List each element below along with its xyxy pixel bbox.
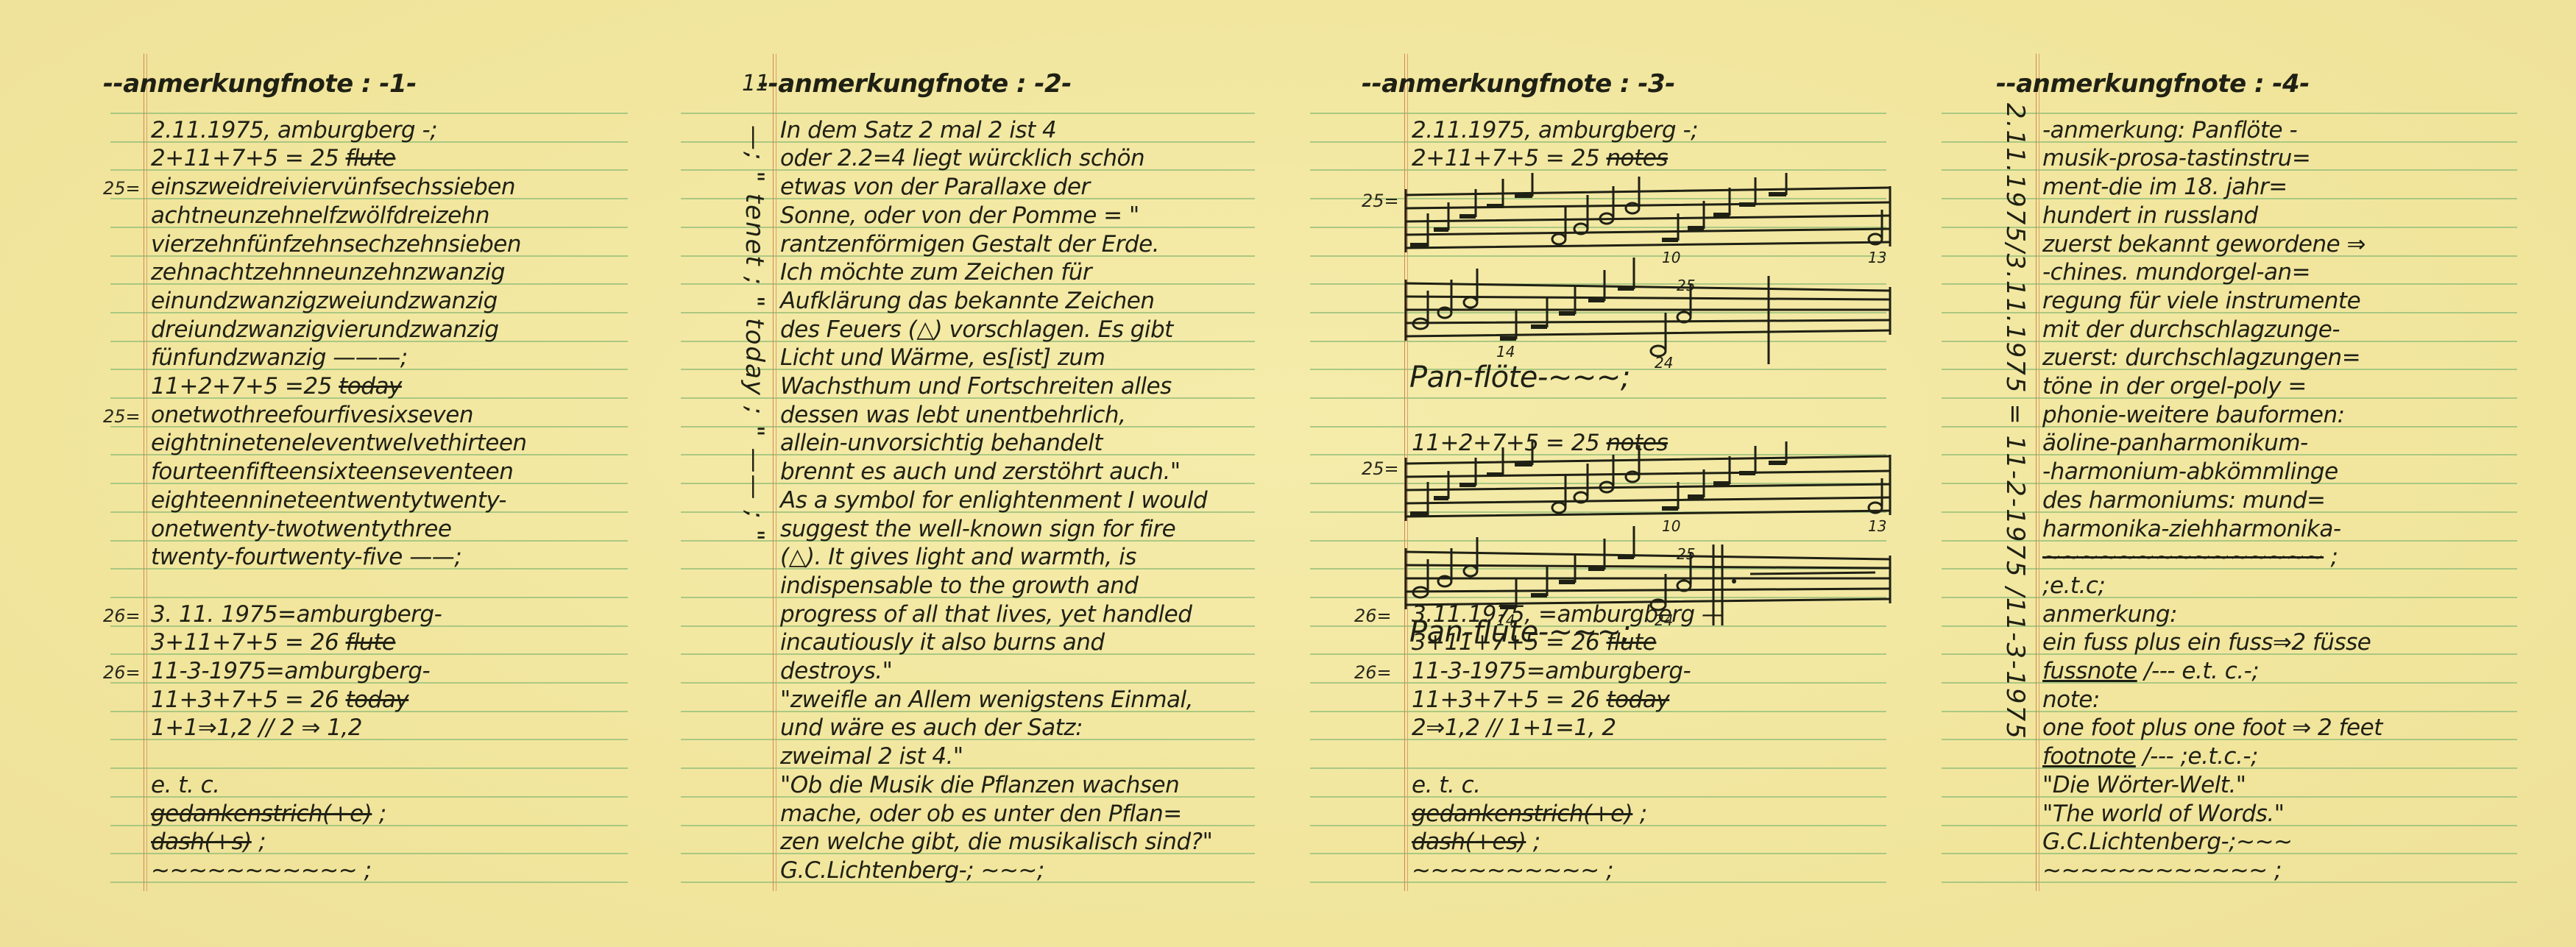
line-text: As a symbol for enlightenment I would bbox=[780, 487, 1207, 514]
handwritten-line: des Feuers (△) vorschlagen. Es gibt bbox=[780, 316, 1173, 344]
handwritten-line: indispensable to the growth and bbox=[780, 572, 1138, 600]
line-number-label: 25= bbox=[103, 174, 141, 203]
handwritten-line: destroys." bbox=[780, 657, 892, 686]
handwritten-line: Ich möchte zum Zeichen für bbox=[780, 258, 1091, 287]
handwritten-line: töne in der orgel-poly = bbox=[2042, 372, 2307, 401]
handwritten-line: e. t. c. bbox=[1412, 771, 1481, 800]
line-text: zen welche gibt, die musikalisch sind?" bbox=[780, 829, 1212, 855]
sheet-heading: --anmerkungfnote : -3- bbox=[1362, 70, 1675, 99]
handwritten-line: 11+3+7+5 = 26 today bbox=[151, 686, 408, 714]
handwritten-line: phonie-weitere bauformen: bbox=[2042, 401, 2345, 430]
line-tail: ; bbox=[1632, 801, 1646, 827]
vertical-date-annotation: 2.11.1975/3.11.1975 = 11-2-1975 /11-3-19… bbox=[2000, 103, 2030, 740]
sheet-heading: --anmerkungfnote : -2- bbox=[758, 70, 1072, 99]
line-text: Ich möchte zum Zeichen für bbox=[780, 259, 1091, 285]
handwritten-line: In dem Satz 2 mal 2 ist 4 bbox=[780, 116, 1056, 145]
struck-through-word: today bbox=[1607, 687, 1670, 713]
line-text: zuerst bekannt gewordene ⇒ bbox=[2042, 231, 2366, 258]
handwritten-line: Aufklärung das bekannte Zeichen bbox=[780, 287, 1155, 316]
handwritten-line: fussnote /--- e.t. c.-; bbox=[2042, 657, 2259, 686]
handwritten-line: oder 2.2=4 liegt würcklich schön bbox=[780, 144, 1144, 173]
struck-through-word: gedankenstrich(+e) bbox=[151, 801, 372, 827]
handwritten-line: suggest the well-known sign for fire bbox=[780, 515, 1175, 544]
handwritten-line: 2+11+7+5 = 25 notes bbox=[1412, 144, 1668, 173]
svg-text:14: 14 bbox=[1496, 343, 1515, 361]
line-text: e. t. c. bbox=[151, 772, 220, 798]
handwritten-line: etwas von der Parallaxe der bbox=[780, 173, 1090, 202]
line-text: Wachsthum und Fortschreiten alles bbox=[780, 373, 1172, 400]
line-text: (△). It gives light and warmth, is bbox=[780, 544, 1136, 570]
struck-through-word: dash(+es) bbox=[1412, 829, 1526, 855]
handwritten-line: hundert in russland bbox=[2042, 202, 2258, 230]
line-text: regung für viele instrumente bbox=[2042, 288, 2360, 314]
line-text: 2.11.1975, amburgberg -; bbox=[1412, 117, 1698, 143]
line-text: -anmerkung: Panflöte - bbox=[2042, 117, 2297, 143]
line-text: des Feuers (△) vorschlagen. Es gibt bbox=[780, 316, 1173, 343]
handwritten-line: vierzehnfünfzehnsechzehnsieben bbox=[151, 230, 521, 259]
line-text: ~~~~~~~~~~~~ ; bbox=[2042, 857, 2282, 884]
handwritten-line: gedankenstrich(+e) ; bbox=[1412, 800, 1647, 829]
line-text: onetwothreefourfivesixseven bbox=[151, 402, 473, 428]
line-text: mit der durchschlagzunge- bbox=[2042, 316, 2340, 343]
handwritten-line: 11-3-1975=amburgberg- bbox=[151, 657, 430, 686]
line-text: einundzwanzigzweiundzwanzig bbox=[151, 288, 498, 314]
line-text: G.C.Lichtenberg-;~~~ bbox=[2042, 829, 2293, 855]
handwritten-line: 2.11.1975, amburgberg -; bbox=[1412, 116, 1698, 145]
line-text: hundert in russland bbox=[2042, 202, 2258, 229]
handwritten-line: fourteenfifteensixteenseventeen bbox=[151, 458, 513, 486]
line-text: vierzehnfünfzehnsechzehnsieben bbox=[151, 231, 521, 258]
svg-text:25: 25 bbox=[1677, 277, 1695, 294]
handwritten-line: "Die Wörter-Welt." bbox=[2042, 771, 2246, 800]
line-text: e. t. c. bbox=[1412, 772, 1481, 798]
handwritten-line: G.C.Lichtenberg-;~~~ bbox=[2042, 828, 2293, 856]
line-text: anmerkung: bbox=[2042, 601, 2177, 628]
handwritten-line: -chines. mundorgel-an= bbox=[2042, 258, 2310, 287]
score-caption: Pan-flöte-~~~; bbox=[1409, 363, 1630, 392]
line-tail: /--- e.t. c.-; bbox=[2137, 658, 2260, 684]
line-text: fünfundzwanzig ———; bbox=[151, 344, 408, 371]
handwritten-line: fünfundzwanzig ———; bbox=[151, 344, 408, 372]
handwritten-line: ~~~~~~~~~~~~ ; bbox=[2042, 856, 2282, 885]
handwritten-line: (△). It gives light and warmth, is bbox=[780, 543, 1136, 572]
line-text: 11+3+7+5 = 26 bbox=[1412, 687, 1607, 713]
handwritten-line: 2+11+7+5 = 25 flute bbox=[151, 144, 395, 173]
line-text: 2⇒1,2 // 1+1=1, 2 bbox=[1412, 714, 1616, 741]
line-text: eightnineteneleventwelvethirteen bbox=[151, 430, 527, 456]
line-tail: ; bbox=[372, 801, 386, 827]
line-text: 11+3+7+5 = 26 bbox=[151, 687, 346, 713]
struck-through-word: notes bbox=[1607, 145, 1669, 171]
handwritten-line: one foot plus one foot ⇒ 2 feet bbox=[2042, 714, 2382, 742]
line-text: incautiously it also burns and bbox=[780, 629, 1105, 656]
handwritten-line: 11+3+7+5 = 26 today bbox=[1412, 686, 1669, 714]
line-text: fourteenfifteensixteenseventeen bbox=[151, 458, 513, 485]
handwritten-line: 3. 11. 1975=amburgberg- bbox=[151, 600, 442, 629]
handwritten-line: dash(+es) ; bbox=[1412, 828, 1540, 856]
handwritten-line: ein fuss plus ein fuss⇒2 füsse bbox=[2042, 628, 2371, 657]
handwritten-line: ~~~~~~~~~~~ ; bbox=[151, 856, 372, 885]
line-text: ~~~~~~~~~~ ; bbox=[1412, 857, 1613, 884]
handwritten-line: onetwenty-twotwentythree bbox=[151, 515, 451, 544]
line-text: indispensable to the growth and bbox=[780, 572, 1138, 599]
line-number-label: 25= bbox=[103, 402, 141, 431]
line-text: einszweidreiviervünfsechssieben bbox=[151, 174, 515, 200]
line-tail: ; bbox=[1526, 829, 1540, 855]
svg-text:24: 24 bbox=[1655, 611, 1673, 629]
handwritten-line: footnote /--- ;e.t.c.-; bbox=[2042, 742, 2258, 771]
svg-text:10: 10 bbox=[1662, 249, 1680, 266]
margin-line bbox=[144, 54, 147, 891]
handwritten-line: 2⇒1,2 // 1+1=1, 2 bbox=[1412, 714, 1616, 742]
line-text: harmonika-ziehharmonika- bbox=[2042, 516, 2341, 542]
line-text: "The world of Words." bbox=[2042, 801, 2285, 827]
handwritten-line: Wachsthum und Fortschreiten alles bbox=[780, 372, 1172, 401]
sheet-heading: --anmerkungfnote : -1- bbox=[103, 70, 417, 99]
line-text: 2.11.1975, amburgberg -; bbox=[151, 117, 437, 143]
handwritten-line: achtneunzehnelfzwölfdreizehn bbox=[151, 202, 489, 230]
handwritten-line: ;e.t.c; bbox=[2042, 572, 2105, 600]
struck-through-word: today bbox=[339, 373, 402, 400]
handwritten-line: twenty-fourtwenty-five ——; bbox=[151, 543, 461, 572]
line-text: 1+1⇒1,2 // 2 ⇒ 1,2 bbox=[151, 714, 362, 741]
handwritten-line: 11-3-1975=amburgberg- bbox=[1412, 657, 1691, 686]
handwritten-line: 1+1⇒1,2 // 2 ⇒ 1,2 bbox=[151, 714, 362, 742]
line-text: mache, oder ob es unter den Pflan= bbox=[780, 801, 1182, 827]
handwritten-line: anmerkung: bbox=[2042, 600, 2177, 629]
svg-text:13: 13 bbox=[1868, 517, 1886, 535]
struck-through-word: gedankenstrich(+e) bbox=[1412, 801, 1632, 827]
handwritten-line: ~~~~~~~~~~ ; bbox=[1412, 856, 1613, 885]
score-label: 25= bbox=[1362, 187, 1399, 216]
sheet-3: --anmerkungfnote : -3- 2.11.1975, amburg… bbox=[1281, 0, 1914, 947]
line-text: -harmonium-abkömmlinge bbox=[2042, 458, 2338, 485]
line-text: note: bbox=[2042, 687, 2100, 713]
sheet-1: --anmerkungfnote : -1- 2.11.1975, amburg… bbox=[0, 0, 648, 947]
struck-through-word: today bbox=[346, 687, 409, 713]
struck-through-word: flute bbox=[346, 629, 396, 656]
handwritten-line: ment-die im 18. jahr= bbox=[2042, 173, 2287, 202]
line-tail: /--- ;e.t.c.-; bbox=[2136, 743, 2258, 770]
margin-line bbox=[773, 54, 776, 891]
handwritten-line: zehnachtzehnneunzehnzwanzig bbox=[151, 258, 505, 287]
handwritten-line: musik-prosa-tastinstru= bbox=[2042, 144, 2310, 173]
line-text: allein-unvorsichtig behandelt bbox=[780, 430, 1103, 456]
line-text: oder 2.2=4 liegt würcklich schön bbox=[780, 145, 1144, 171]
line-text: 11-3-1975=amburgberg- bbox=[1412, 658, 1691, 684]
line-text: brennt es auch und zerstöhrt auch." bbox=[780, 458, 1181, 485]
handwritten-line: gedankenstrich(+e) ; bbox=[151, 800, 386, 829]
handwritten-line: einszweidreiviervünfsechssieben bbox=[151, 173, 515, 202]
line-text: zehnachtzehnneunzehnzwanzig bbox=[151, 259, 505, 285]
vertical-margin-annotation: —; " tenet ; " today ; " —— ; " bbox=[740, 125, 769, 542]
line-text: 2+11+7+5 = 25 bbox=[151, 145, 346, 171]
handwritten-line: und wäre es auch der Satz: bbox=[780, 714, 1083, 742]
line-text: ;e.t.c; bbox=[2042, 572, 2105, 599]
line-text: -chines. mundorgel-an= bbox=[2042, 259, 2310, 285]
handwritten-line: e. t. c. bbox=[151, 771, 220, 800]
handwritten-line: zen welche gibt, die musikalisch sind?" bbox=[780, 828, 1212, 856]
handwritten-line: "zweifle an Allem wenigstens Einmal, bbox=[780, 686, 1193, 714]
line-text: progress of all that lives, yet handled bbox=[780, 601, 1192, 628]
line-number-label: 26= bbox=[1354, 659, 1392, 687]
handwritten-line: äoline-panharmonikum- bbox=[2042, 429, 2308, 458]
handwritten-line: "Ob die Musik die Pflanzen wachsen bbox=[780, 771, 1179, 800]
handwritten-line: As a symbol for enlightenment I would bbox=[780, 486, 1207, 515]
handwritten-line: regung für viele instrumente bbox=[2042, 287, 2360, 316]
handwritten-line: brennt es auch und zerstöhrt auch." bbox=[780, 458, 1181, 486]
handwritten-line: dessen was lebt unentbehrlich, bbox=[780, 401, 1125, 430]
handwritten-line: 3+11+7+5 = 26 flute bbox=[151, 628, 395, 657]
handwritten-line: mit der durchschlagzunge- bbox=[2042, 316, 2340, 344]
margin-line bbox=[2036, 54, 2039, 891]
line-text: Sonne, oder von der Pomme = " bbox=[780, 202, 1139, 229]
handwritten-line: zuerst: durchschlagzungen= bbox=[2042, 344, 2360, 372]
left-margin-mark: 11 bbox=[742, 70, 769, 99]
line-text: töne in der orgel-poly = bbox=[2042, 373, 2307, 400]
line-text: musik-prosa-tastinstru= bbox=[2042, 145, 2310, 171]
line-text: zweimal 2 ist 4." bbox=[780, 743, 963, 770]
handwritten-line: dash(+s) ; bbox=[151, 828, 266, 856]
handwritten-line: -anmerkung: Panflöte - bbox=[2042, 116, 2297, 145]
score-label: 25= bbox=[1362, 455, 1399, 483]
handwritten-line: 2.11.1975, amburgberg -; bbox=[151, 116, 437, 145]
handwritten-line: zweimal 2 ist 4." bbox=[780, 742, 963, 771]
underlined-word: footnote bbox=[2042, 743, 2136, 770]
line-text: "Ob die Musik die Pflanzen wachsen bbox=[780, 772, 1179, 798]
handwritten-line: G.C.Lichtenberg-; ~~~; bbox=[780, 856, 1044, 885]
line-text: phonie-weitere bauformen: bbox=[2042, 402, 2345, 428]
svg-text:10: 10 bbox=[1662, 517, 1680, 535]
line-text: dreiundzwanzigvierundzwanzig bbox=[151, 316, 499, 343]
handwritten-line: note: bbox=[2042, 686, 2100, 714]
sheet-2: --anmerkungfnote : -2- 11 —; " tenet ; "… bbox=[648, 0, 1281, 947]
line-text: onetwenty-twotwentythree bbox=[151, 516, 451, 542]
struck-through-word: flute bbox=[346, 145, 396, 171]
sheet-4: --anmerkungfnote : -4- 2.11.1975/3.11.19… bbox=[1914, 0, 2576, 947]
underlined-word: fussnote bbox=[2042, 658, 2137, 684]
handwritten-line: des harmoniums: mund= bbox=[2042, 486, 2326, 515]
handwritten-line: einundzwanzigzweiundzwanzig bbox=[151, 287, 498, 316]
line-number-label: 26= bbox=[103, 659, 141, 687]
line-text: und wäre es auch der Satz: bbox=[780, 714, 1083, 741]
handwritten-line: harmonika-ziehharmonika- bbox=[2042, 515, 2341, 544]
handwritten-line: mache, oder ob es unter den Pflan= bbox=[780, 800, 1182, 829]
line-text: achtneunzehnelfzwölfdreizehn bbox=[151, 202, 489, 229]
svg-text:24: 24 bbox=[1655, 354, 1673, 372]
handwritten-line: 11+2+7+5 =25 today bbox=[151, 372, 402, 401]
line-text: ein fuss plus ein fuss⇒2 füsse bbox=[2042, 629, 2371, 656]
handwritten-line: zuerst bekannt gewordene ⇒ bbox=[2042, 230, 2366, 259]
handwritten-line: rantzenförmigen Gestalt der Erde. bbox=[780, 230, 1159, 259]
line-text: G.C.Lichtenberg-; ~~~; bbox=[780, 857, 1044, 884]
line-text: 2+11+7+5 = 25 bbox=[1412, 145, 1607, 171]
handwritten-line: ~~~~~~~~~~~~~~~ ; bbox=[2042, 543, 2338, 572]
line-tail: ; bbox=[252, 829, 266, 855]
line-text: destroys." bbox=[780, 658, 892, 684]
line-text: "zweifle an Allem wenigstens Einmal, bbox=[780, 687, 1193, 713]
line-text: 3. 11. 1975=amburgberg- bbox=[151, 601, 442, 628]
score-caption: Pan-flute-~~~; bbox=[1409, 618, 1631, 647]
line-number-label: 26= bbox=[1354, 602, 1392, 631]
handwritten-line: allein-unvorsichtig behandelt bbox=[780, 429, 1103, 458]
line-text: ment-die im 18. jahr= bbox=[2042, 174, 2287, 200]
line-text: 11-3-1975=amburgberg- bbox=[151, 658, 430, 684]
struck-through-word: ~~~~~~~~~~~~~~~ bbox=[2042, 544, 2324, 570]
line-text: eighteennineteentwentytwenty- bbox=[151, 487, 506, 514]
handwritten-line: Sonne, oder von der Pomme = " bbox=[780, 202, 1139, 230]
line-text: In dem Satz 2 mal 2 ist 4 bbox=[780, 117, 1056, 143]
line-text: one foot plus one foot ⇒ 2 feet bbox=[2042, 714, 2382, 741]
handwritten-line: dreiundzwanzigvierundzwanzig bbox=[151, 316, 499, 344]
struck-through-word: dash(+s) bbox=[151, 829, 252, 855]
handwritten-line: Licht und Wärme, es[ist] zum bbox=[780, 344, 1105, 372]
line-text: Licht und Wärme, es[ist] zum bbox=[780, 344, 1105, 371]
sheet-heading: --anmerkungfnote : -4- bbox=[1996, 70, 2310, 99]
svg-text:25: 25 bbox=[1677, 545, 1695, 563]
line-text: suggest the well-known sign for fire bbox=[780, 516, 1175, 542]
handwritten-line: -harmonium-abkömmlinge bbox=[2042, 458, 2338, 486]
handwritten-line: eighteennineteentwentytwenty- bbox=[151, 486, 506, 515]
line-text: "Die Wörter-Welt." bbox=[2042, 772, 2246, 798]
handwritten-line: incautiously it also burns and bbox=[780, 628, 1105, 657]
line-text: twenty-fourtwenty-five ——; bbox=[151, 544, 461, 570]
line-text: äoline-panharmonikum- bbox=[2042, 430, 2308, 456]
handwritten-line: "The world of Words." bbox=[2042, 800, 2285, 829]
line-text: etwas von der Parallaxe der bbox=[780, 174, 1090, 200]
line-text: 3+11+7+5 = 26 bbox=[151, 629, 346, 656]
line-text: zuerst: durchschlagzungen= bbox=[2042, 344, 2360, 371]
line-text: 11+2+7+5 =25 bbox=[151, 373, 339, 400]
line-text: Aufklärung das bekannte Zeichen bbox=[780, 288, 1155, 314]
handwritten-line: eightnineteneleventwelvethirteen bbox=[151, 429, 527, 458]
line-tail: ; bbox=[2324, 544, 2338, 570]
line-number-label: 26= bbox=[103, 602, 141, 631]
line-text: ~~~~~~~~~~~ ; bbox=[151, 857, 372, 884]
svg-text:13: 13 bbox=[1868, 249, 1886, 266]
line-text: rantzenförmigen Gestalt der Erde. bbox=[780, 231, 1159, 258]
handwritten-line: onetwothreefourfivesixseven bbox=[151, 401, 473, 430]
handwritten-line: progress of all that lives, yet handled bbox=[780, 600, 1192, 629]
line-text: des harmoniums: mund= bbox=[2042, 487, 2326, 514]
line-text: dessen was lebt unentbehrlich, bbox=[780, 402, 1125, 428]
